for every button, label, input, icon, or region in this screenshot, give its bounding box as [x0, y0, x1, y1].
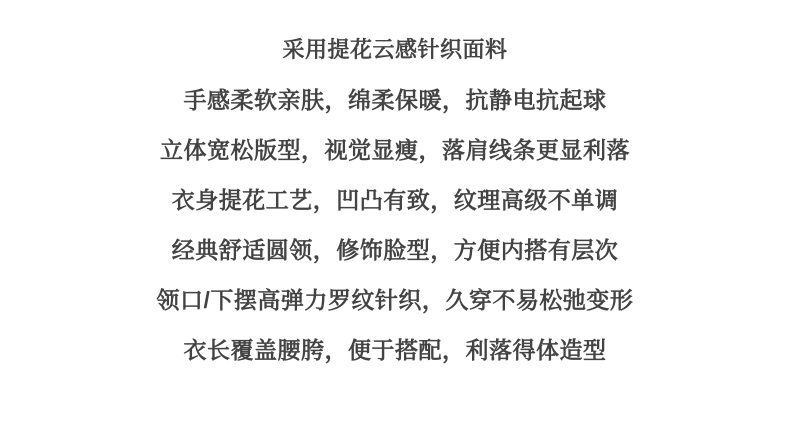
description-line-length: 衣长覆盖腰胯，便于搭配，利落得体造型 — [0, 325, 790, 375]
description-line-ribbing: 领口/下摆高弹力罗纹针织，久穿不易松弛变形 — [0, 275, 790, 325]
description-text-block: 采用提花云感针织面料 手感柔软亲肤，绵柔保暖，抗静电抗起球 立体宽松版型，视觉显… — [0, 0, 790, 375]
description-line-collar: 经典舒适圆领，修饰脸型，方便内搭有层次 — [0, 225, 790, 275]
description-line-fabric-feel: 手感柔软亲肤，绵柔保暖，抗静电抗起球 — [0, 75, 790, 125]
description-line-jacquard: 衣身提花工艺，凹凸有致，纹理高级不单调 — [0, 175, 790, 225]
product-description-page: 采用提花云感针织面料 手感柔软亲肤，绵柔保暖，抗静电抗起球 立体宽松版型，视觉显… — [0, 0, 790, 436]
description-title: 采用提花云感针织面料 — [0, 25, 790, 75]
description-line-fit: 立体宽松版型，视觉显瘦，落肩线条更显利落 — [0, 125, 790, 175]
